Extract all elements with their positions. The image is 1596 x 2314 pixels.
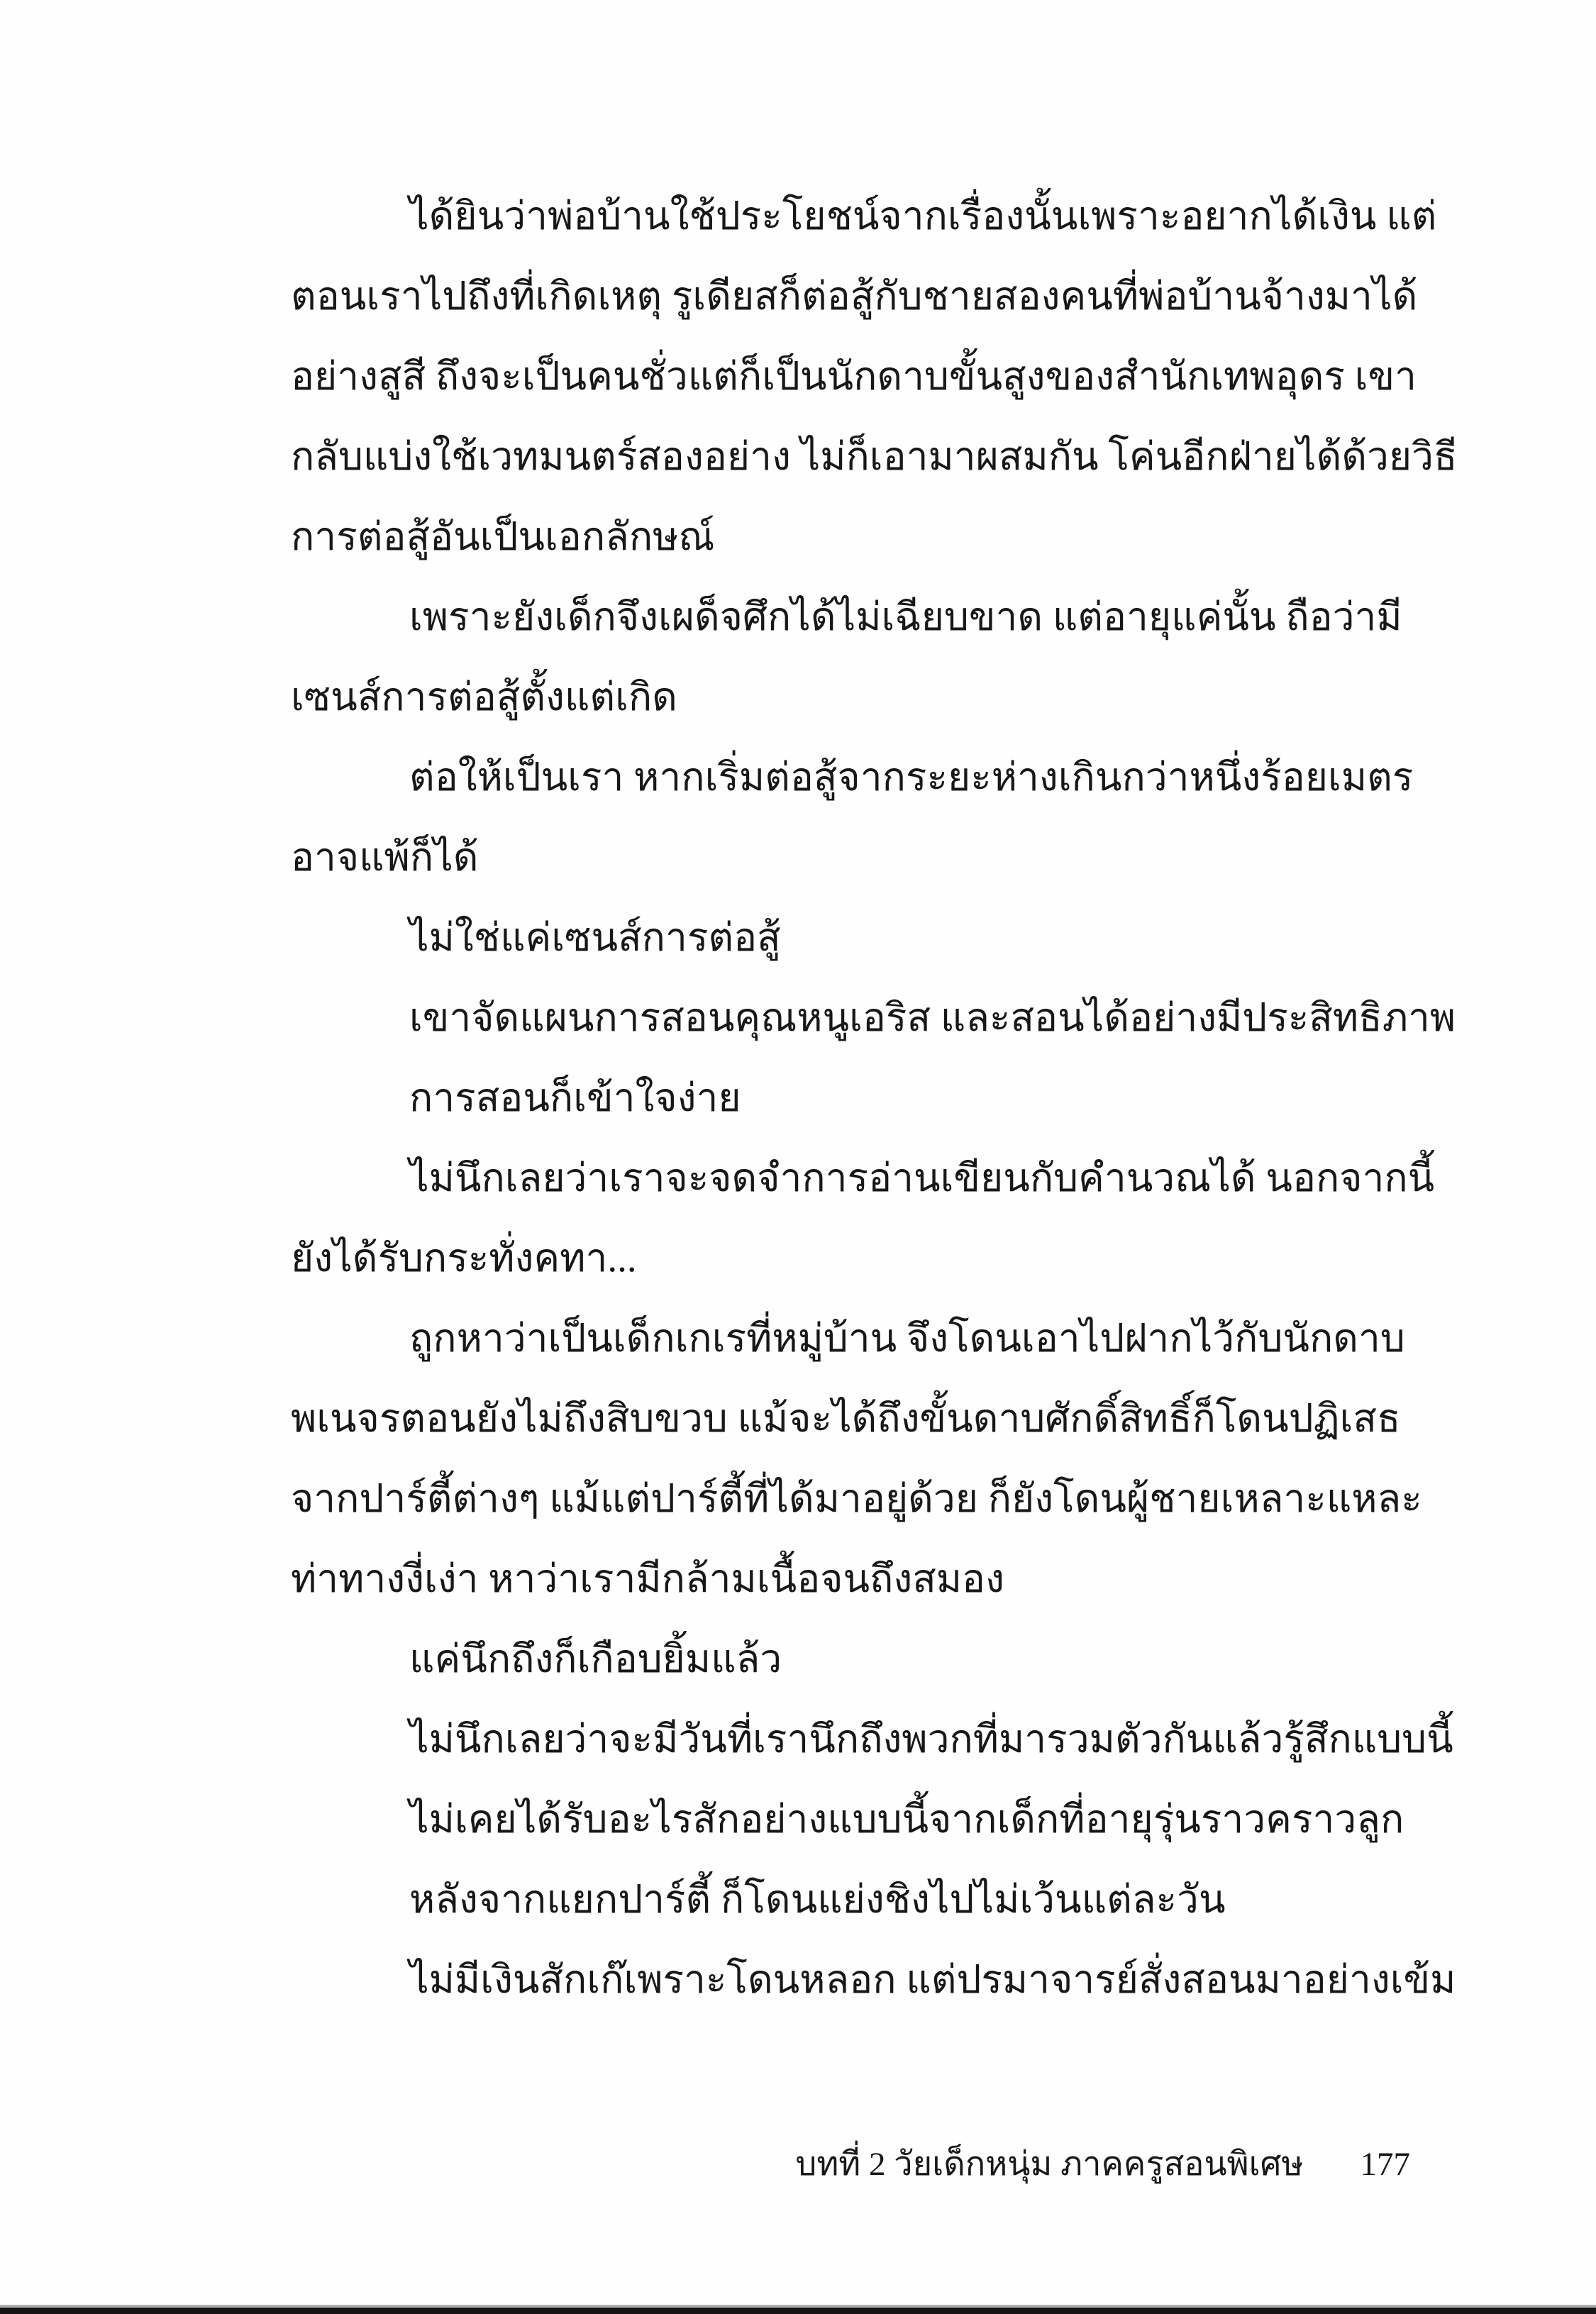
text-line: ถูกหาว่าเป็นเด็กเกเรที่หมู่บ้าน จึงโดนเอ… bbox=[291, 1298, 1410, 1378]
text-line: เขาจัดแผนการสอนคุณหนูเอริส และสอนได้อย่า… bbox=[291, 978, 1410, 1058]
text-line: ไม่นึกเลยว่าเราจะจดจำการอ่านเขียนกับคำนว… bbox=[291, 1138, 1410, 1218]
chapter-title: บทที่ 2 วัยเด็กหนุ่ม ภาคครูสอนพิเศษ bbox=[795, 2137, 1303, 2192]
text-line: เซนส์การต่อสู้ตั้งแต่เกิด bbox=[291, 657, 1410, 737]
text-line: ยังได้รับกระทั่งคทา... bbox=[291, 1218, 1410, 1298]
book-page: ได้ยินว่าพ่อบ้านใช้ประโยชน์จากเรื่องนั้น… bbox=[0, 0, 1596, 2314]
body-text: ได้ยินว่าพ่อบ้านใช้ประโยชน์จากเรื่องนั้น… bbox=[291, 176, 1410, 2020]
page-footer: บทที่ 2 วัยเด็กหนุ่ม ภาคครูสอนพิเศษ 177 bbox=[291, 2137, 1410, 2192]
text-line: ต่อให้เป็นเรา หากเริ่มต่อสู้จากระยะห่างเ… bbox=[291, 737, 1410, 817]
text-line: อาจแพ้ก็ได้ bbox=[291, 817, 1410, 897]
text-line: ตอนเราไปถึงที่เกิดเหตุ รูเดียสก็ต่อสู้กั… bbox=[291, 256, 1410, 336]
scan-edge-bar bbox=[0, 2305, 1596, 2314]
text-line: ได้ยินว่าพ่อบ้านใช้ประโยชน์จากเรื่องนั้น… bbox=[291, 176, 1410, 256]
text-line: หลังจากแยกปาร์ตี้ ก็โดนแย่งชิงไปไม่เว้นแ… bbox=[291, 1859, 1410, 1939]
text-line: พเนจรตอนยังไม่ถึงสิบขวบ แม้จะได้ถึงขั้นด… bbox=[291, 1378, 1410, 1458]
text-line: จากปาร์ตี้ต่างๆ แม้แต่ปาร์ตี้ที่ได้มาอยู… bbox=[291, 1458, 1410, 1539]
text-line: ไม่นึกเลยว่าจะมีวันที่เรานึกถึงพวกที่มาร… bbox=[291, 1699, 1410, 1779]
text-line: ท่าทางงี่เง่า หาว่าเรามีกล้ามเนื้อจนถึงส… bbox=[291, 1539, 1410, 1619]
text-line: ไม่ใช่แค่เซนส์การต่อสู้ bbox=[291, 897, 1410, 978]
text-line: กลับแบ่งใช้เวทมนตร์สองอย่าง ไม่ก็เอามาผส… bbox=[291, 416, 1410, 497]
page-number: 177 bbox=[1361, 2137, 1411, 2192]
text-line: ไม่มีเงินสักเก๊เพราะโดนหลอก แต่ปรมาจารย์… bbox=[291, 1939, 1410, 2020]
text-line: การต่อสู้อันเป็นเอกลักษณ์ bbox=[291, 497, 1410, 577]
text-line: การสอนก็เข้าใจง่าย bbox=[291, 1058, 1410, 1138]
text-line: แค่นึกถึงก็เกือบยิ้มแล้ว bbox=[291, 1619, 1410, 1699]
text-line: เพราะยังเด็กจึงเผด็จศึกได้ไม่เฉียบขาด แต… bbox=[291, 577, 1410, 657]
text-line: อย่างสูสี ถึงจะเป็นคนชั่วแต่ก็เป็นนักดาบ… bbox=[291, 336, 1410, 416]
text-line: ไม่เคยได้รับอะไรสักอย่างแบบนี้จากเด็กที่… bbox=[291, 1779, 1410, 1859]
